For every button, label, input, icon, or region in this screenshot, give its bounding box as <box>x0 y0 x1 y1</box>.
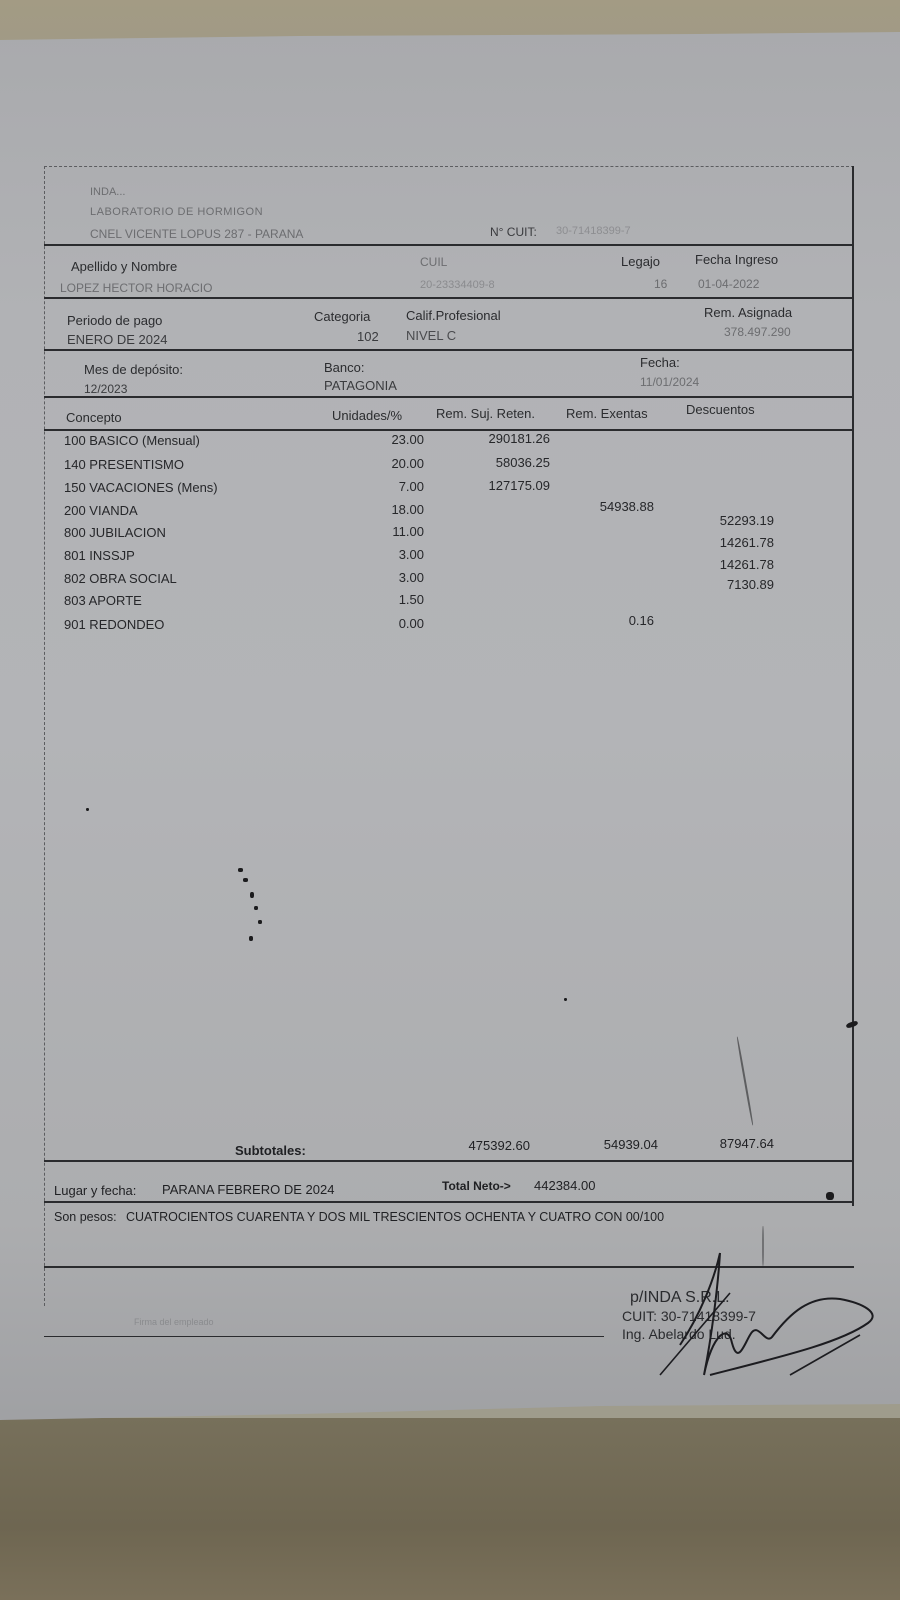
payslip-form: INDA... LABORATORIO DE HORMIGON CNEL VIC… <box>44 166 872 1376</box>
col-rem-suj: Rem. Suj. Reten. <box>436 406 535 422</box>
banco-label: Banco: <box>324 360 364 376</box>
table-surface-background <box>0 1418 900 1600</box>
toner-speck <box>258 920 262 924</box>
col-descuentos: Descuentos <box>686 402 755 418</box>
row-unidades: 11.00 <box>344 524 424 540</box>
toner-speck <box>564 998 567 1001</box>
row-rem-suj: 290181.26 <box>454 431 550 447</box>
divider <box>44 1336 604 1337</box>
row-concepto: 800 JUBILACION <box>64 525 324 541</box>
company-trade: LABORATORIO DE HORMIGON <box>90 204 263 220</box>
legajo-label: Legajo <box>621 254 660 270</box>
total-neto-label: Total Neto-> <box>442 1178 511 1194</box>
categoria-label: Categoria <box>314 309 370 325</box>
col-unidades: Unidades/% <box>332 408 402 424</box>
row-unidades: 20.00 <box>344 456 424 472</box>
name-label: Apellido y Nombre <box>71 259 177 275</box>
mes-deposito-label: Mes de depósito: <box>84 362 183 378</box>
fecha-value: 11/01/2024 <box>640 374 699 390</box>
row-unidades: 23.00 <box>344 432 424 448</box>
toner-speck <box>238 868 243 872</box>
row-concepto: 100 BASICO (Mensual) <box>64 433 324 449</box>
col-rem-exentas: Rem. Exentas <box>566 406 648 422</box>
periodo-value: ENERO DE 2024 <box>67 332 167 348</box>
row-concepto: 140 PRESENTISMO <box>64 457 324 473</box>
lugar-value: PARANA FEBRERO DE 2024 <box>162 1182 334 1198</box>
periodo-label: Periodo de pago <box>67 313 162 329</box>
row-concepto: 803 APORTE <box>64 593 324 609</box>
banco-value: PATAGONIA <box>324 378 397 394</box>
cuit-value: 30-71418399-7 <box>556 223 631 239</box>
firma-empleado: Firma del empleado <box>134 1314 214 1330</box>
toner-speck <box>249 936 253 941</box>
toner-speck <box>243 878 248 882</box>
row-unidades: 7.00 <box>344 479 424 495</box>
row-descuentos: 14261.78 <box>684 557 774 573</box>
row-descuentos: 7130.89 <box>684 577 774 593</box>
subtotal-descuentos: 87947.64 <box>684 1136 774 1152</box>
cuil-label: CUIL <box>420 254 447 270</box>
divider <box>44 1201 854 1203</box>
divider <box>44 429 852 431</box>
categoria-value: 102 <box>357 329 379 345</box>
toner-speck <box>86 808 89 811</box>
row-rem-exentas: 54938.88 <box>564 499 654 515</box>
company-name: INDA... <box>90 184 125 200</box>
right-border <box>852 166 854 1206</box>
fecha-ingreso-value: 01-04-2022 <box>698 276 759 292</box>
calif-label: Calif.Profesional <box>406 308 501 324</box>
son-pesos-value: CUATROCIENTOS CUARENTA Y DOS MIL TRESCIE… <box>126 1209 664 1225</box>
cuit-label: N° CUIT: <box>490 224 537 240</box>
lugar-label: Lugar y fecha: <box>54 1183 136 1199</box>
subtotal-rem-exentas: 54939.04 <box>568 1137 658 1153</box>
top-border <box>44 166 854 167</box>
divider <box>44 244 852 246</box>
row-concepto: 200 VIANDA <box>64 503 324 519</box>
divider <box>44 349 852 351</box>
subtotal-rem-suj: 475392.60 <box>440 1138 530 1154</box>
row-rem-exentas: 0.16 <box>564 613 654 629</box>
calif-value: NIVEL C <box>406 328 456 344</box>
cuil-value: 20-23334409-8 <box>420 277 495 293</box>
fecha-label: Fecha: <box>640 355 680 371</box>
divider <box>44 396 852 398</box>
row-concepto: 901 REDONDEO <box>64 617 324 633</box>
employee-name: LOPEZ HECTOR HORACIO <box>60 280 212 296</box>
mes-deposito-value: 12/2023 <box>84 381 127 397</box>
row-unidades: 3.00 <box>344 570 424 586</box>
row-unidades: 3.00 <box>344 547 424 563</box>
divider <box>44 297 852 299</box>
son-pesos-label: Son pesos: <box>54 1209 117 1225</box>
row-rem-suj: 127175.09 <box>454 478 550 494</box>
row-descuentos: 52293.19 <box>684 513 774 529</box>
total-neto-value: 442384.00 <box>534 1178 595 1194</box>
row-unidades: 0.00 <box>344 616 424 632</box>
divider <box>44 1160 854 1162</box>
row-descuentos: 14261.78 <box>684 535 774 551</box>
signature <box>600 1225 900 1395</box>
row-concepto: 150 VACACIONES (Mens) <box>64 480 324 496</box>
rem-asignada-label: Rem. Asignada <box>704 305 792 321</box>
rem-asignada-value: 378.497.290 <box>724 324 791 340</box>
toner-speck <box>826 1192 834 1200</box>
fecha-ingreso-label: Fecha Ingreso <box>695 252 778 268</box>
row-concepto: 802 OBRA SOCIAL <box>64 571 324 587</box>
row-unidades: 1.50 <box>344 592 424 608</box>
subtotales-label: Subtotales: <box>235 1143 306 1159</box>
row-concepto: 801 INSSJP <box>64 548 324 564</box>
toner-speck <box>250 892 254 898</box>
toner-speck <box>254 906 258 910</box>
legajo-value: 16 <box>654 276 667 292</box>
left-border <box>44 166 45 1306</box>
col-concepto: Concepto <box>66 410 122 426</box>
company-address: CNEL VICENTE LOPUS 287 - PARANA <box>90 226 303 242</box>
row-rem-suj: 58036.25 <box>454 455 550 471</box>
toner-streak <box>736 1037 754 1126</box>
row-unidades: 18.00 <box>344 502 424 518</box>
